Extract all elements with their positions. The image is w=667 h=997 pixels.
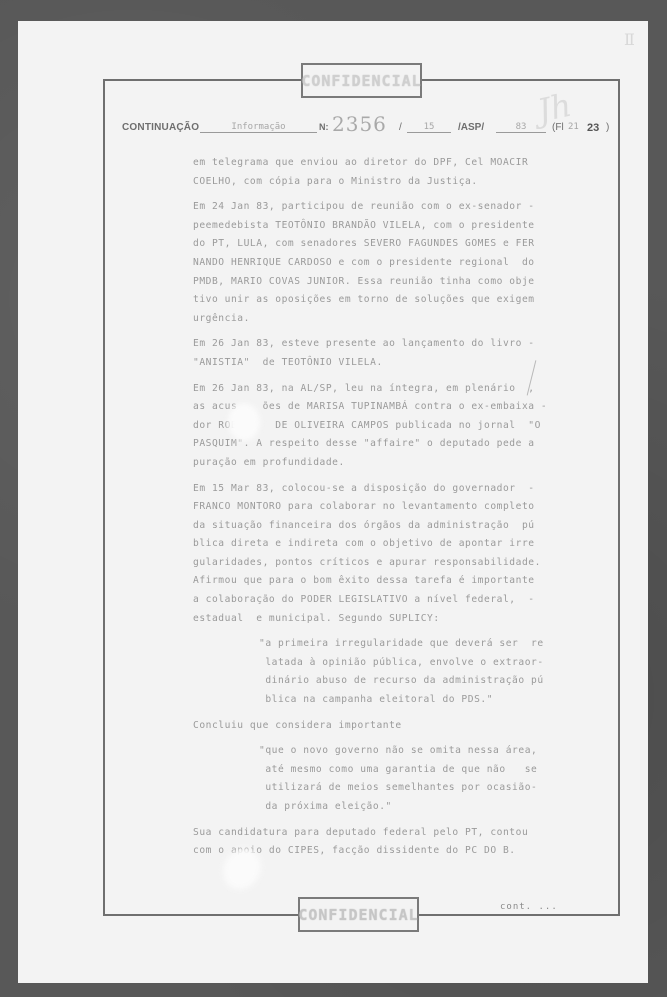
smudge bbox=[228, 403, 260, 441]
text-line: Sua candidatura para deputado federal pe… bbox=[193, 824, 618, 843]
folio-close: ) bbox=[606, 122, 609, 133]
continuation-label: CONTINUAÇÃO bbox=[122, 122, 199, 133]
text-line: urgência. bbox=[193, 310, 618, 329]
document-year: 83 bbox=[496, 122, 546, 133]
text-line: utilizará de meios semelhantes por ocasi… bbox=[259, 779, 618, 798]
text-line: em telegrama que enviou ao diretor do DP… bbox=[193, 154, 618, 173]
text-line: tivo unir as oposições em torno de soluç… bbox=[193, 291, 618, 310]
document-body: em telegrama que enviou ao diretor do DP… bbox=[193, 154, 618, 868]
text-line: gularidades, pontos críticos e apurar re… bbox=[193, 554, 618, 573]
quoted-paragraph: "que o novo governo não se omita nessa á… bbox=[259, 742, 618, 816]
folio-label: (Fl bbox=[552, 122, 564, 133]
document-number: 2356 bbox=[332, 112, 387, 136]
document-day: 15 bbox=[407, 122, 451, 133]
text-line: Afirmou que para o bom êxito dessa taref… bbox=[193, 572, 618, 591]
text-line: blica direta e indireta com o objetivo d… bbox=[193, 535, 618, 554]
text-line: latada à opinião pública, envolve o extr… bbox=[259, 654, 618, 673]
confidential-stamp-bottom: CONFIDENCIAL bbox=[298, 897, 419, 932]
agency-code: /ASP/ bbox=[458, 122, 484, 133]
document-header: CONTINUAÇÃO Informação N: 2356 / 15 /ASP… bbox=[122, 118, 617, 138]
text-line: da situação financeira dos órgãos da adm… bbox=[193, 517, 618, 536]
paragraph: Em 26 Jan 83, esteve presente ao lançame… bbox=[193, 335, 618, 372]
text-line: PASQUIM". A respeito desse "affaire" o d… bbox=[193, 435, 618, 454]
text-line: "que o novo governo não se omita nessa á… bbox=[259, 742, 618, 761]
text-line: blica na campanha eleitoral do PDS." bbox=[259, 691, 618, 710]
corner-mark: Ⅱ bbox=[624, 30, 635, 49]
text-line: Concluiu que considera importante bbox=[193, 717, 618, 736]
text-line: "ANISTIA" de TEOTÔNIO VILELA. bbox=[193, 354, 618, 373]
text-line: COELHO, com cópia para o Ministro da Jus… bbox=[193, 173, 618, 192]
folio-total: 23 bbox=[587, 122, 599, 134]
slash-separator: / bbox=[399, 122, 402, 133]
paragraph: Em 15 Mar 83, colocou-se a disposição do… bbox=[193, 480, 618, 629]
paragraph: em telegrama que enviou ao diretor do DP… bbox=[193, 154, 618, 191]
text-line: da próxima eleição." bbox=[259, 798, 618, 817]
text-line: até mesmo como uma garantia de que não s… bbox=[259, 761, 618, 780]
text-line: Em 26 Jan 83, esteve presente ao lançame… bbox=[193, 335, 618, 354]
text-line: FRANCO MONTORO para colaborar no levanta… bbox=[193, 498, 618, 517]
text-line: dinário abuso de recurso da administraçã… bbox=[259, 672, 618, 691]
text-line: Em 24 Jan 83, participou de reunião com … bbox=[193, 198, 618, 217]
text-line: Em 15 Mar 83, colocou-se a disposição do… bbox=[193, 480, 618, 499]
folio-page: 21 bbox=[568, 122, 579, 132]
quoted-paragraph: "a primeira irregularidade que deverá se… bbox=[259, 635, 618, 709]
text-line: "a primeira irregularidade que deverá se… bbox=[259, 635, 618, 654]
continuation-note: cont. ... bbox=[500, 902, 558, 912]
text-line: do PT, LULA, com senadores SEVERO FAGUND… bbox=[193, 235, 618, 254]
text-line: a colaboração do PODER LEGISLATIVO a nív… bbox=[193, 591, 618, 610]
text-line: NANDO HENRIQUE CARDOSO e com o president… bbox=[193, 254, 618, 273]
paragraph: Em 24 Jan 83, participou de reunião com … bbox=[193, 198, 618, 328]
number-label: N: bbox=[319, 122, 329, 132]
paragraph: Concluiu que considera importante bbox=[193, 717, 618, 736]
confidential-stamp-top: CONFIDENCIAL bbox=[301, 63, 422, 98]
text-line: estadual e municipal. Segundo SUPLICY: bbox=[193, 610, 618, 629]
text-line: Em 26 Jan 83, na AL/SP, leu na íntegra, … bbox=[193, 380, 618, 399]
text-line: peemedebista TEOTÔNIO BRANDÃO VILELA, co… bbox=[193, 217, 618, 236]
document-type: Informação bbox=[200, 122, 317, 133]
text-line: puração em profundidade. bbox=[193, 454, 618, 473]
text-line: PMDB, MARIO COVAS JUNIOR. Essa reunião t… bbox=[193, 273, 618, 292]
